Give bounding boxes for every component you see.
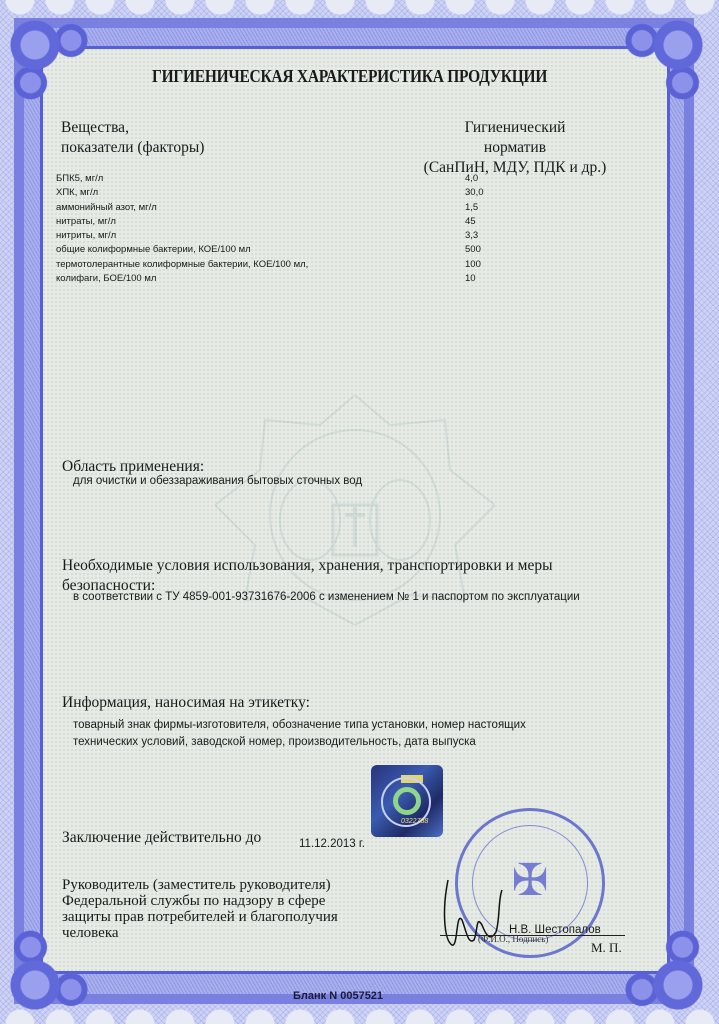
table-row-norm: 100 — [465, 258, 484, 272]
table-row-norm: 45 — [465, 215, 484, 229]
norms-list: 4,0 30,0 1,5 45 3,3 500 100 10 — [465, 172, 484, 286]
substances-column-header: Вещества, показатели (факторы) — [61, 118, 204, 158]
table-row-substance: БПК5, мг/л — [56, 172, 308, 186]
table-row-norm: 1,5 — [465, 201, 484, 215]
conditions-heading: Необходимые условия использования, хране… — [62, 556, 553, 596]
signatory-title: Руководитель (заместитель руководителя) … — [62, 877, 338, 941]
table-row-norm: 500 — [465, 243, 484, 257]
table-row-substance: ХПК, мг/л — [56, 186, 308, 200]
hologram-code: 0322788 — [401, 818, 428, 825]
table-row-substance: аммонийный азот, мг/л — [56, 201, 308, 215]
table-row-norm: 3,3 — [465, 229, 484, 243]
header-line: (СанПиН, МДУ, ПДК и др.) — [405, 158, 625, 178]
table-row-substance: термотолерантные колиформные бактерии, К… — [56, 258, 308, 272]
hologram-seal-icon: 0322788 — [371, 765, 443, 837]
seal-label: М. П. — [591, 940, 622, 956]
blank-number: Бланк N 0057521 — [293, 990, 383, 1002]
hologram-logo — [393, 787, 421, 815]
scope-heading: Область применения: — [62, 458, 204, 476]
scalloped-edge-bottom — [0, 1004, 719, 1024]
value-line: товарный знак фирмы-изготовителя, обозна… — [73, 717, 526, 734]
table-row-substance: нитраты, мг/л — [56, 215, 308, 229]
header-line: показатели (факторы) — [61, 138, 204, 158]
corner-ornament-icon — [8, 18, 98, 108]
conditions-value: в соответствии с ТУ 4859-001-93731676-20… — [73, 591, 580, 603]
signature-caption: (Ф.И.О., Подпись) — [478, 934, 548, 944]
table-row-substance: нитриты, мг/л — [56, 229, 308, 243]
title-line: Руководитель (заместитель руководителя) — [62, 877, 338, 893]
table-row-norm: 4,0 — [465, 172, 484, 186]
document-title: ГИГИЕНИЧЕСКАЯ ХАРАКТЕРИСТИКА ПРОДУКЦИИ — [152, 66, 547, 87]
label-info-value: товарный знак фирмы-изготовителя, обозна… — [73, 717, 526, 751]
title-line: человека — [62, 925, 338, 941]
value-line: технических условий, заводской номер, пр… — [73, 734, 526, 751]
header-line: Гигиенический — [405, 118, 625, 138]
title-line: защиты прав потребителей и благополучия — [62, 909, 338, 925]
scope-value: для очистки и обеззараживания бытовых ст… — [73, 475, 362, 487]
header-line: Вещества, — [61, 118, 204, 138]
title-line: Федеральной службы по надзору в сфере — [62, 893, 338, 909]
corner-ornament-icon — [615, 922, 705, 1012]
scalloped-edge-top — [0, 0, 719, 20]
table-row-substance: общие колиформные бактерии, КОЕ/100 мл — [56, 243, 308, 257]
corner-ornament-icon — [615, 18, 705, 108]
validity-date: 11.12.2013 г. — [299, 838, 365, 850]
norm-column-header: Гигиенический норматив (СанПиН, МДУ, ПДК… — [405, 118, 625, 178]
label-info-heading: Информация, наносимая на этикетку: — [62, 694, 310, 712]
table-row-norm: 30,0 — [465, 186, 484, 200]
heading-line: Необходимые условия использования, хране… — [62, 556, 553, 576]
table-row-substance: колифаги, БОЕ/100 мл — [56, 272, 308, 286]
table-row-norm: 10 — [465, 272, 484, 286]
substances-list: БПК5, мг/л ХПК, мг/л аммонийный азот, мг… — [56, 172, 308, 286]
validity-heading: Заключение действительно до — [62, 829, 261, 847]
header-line: норматив — [405, 138, 625, 158]
